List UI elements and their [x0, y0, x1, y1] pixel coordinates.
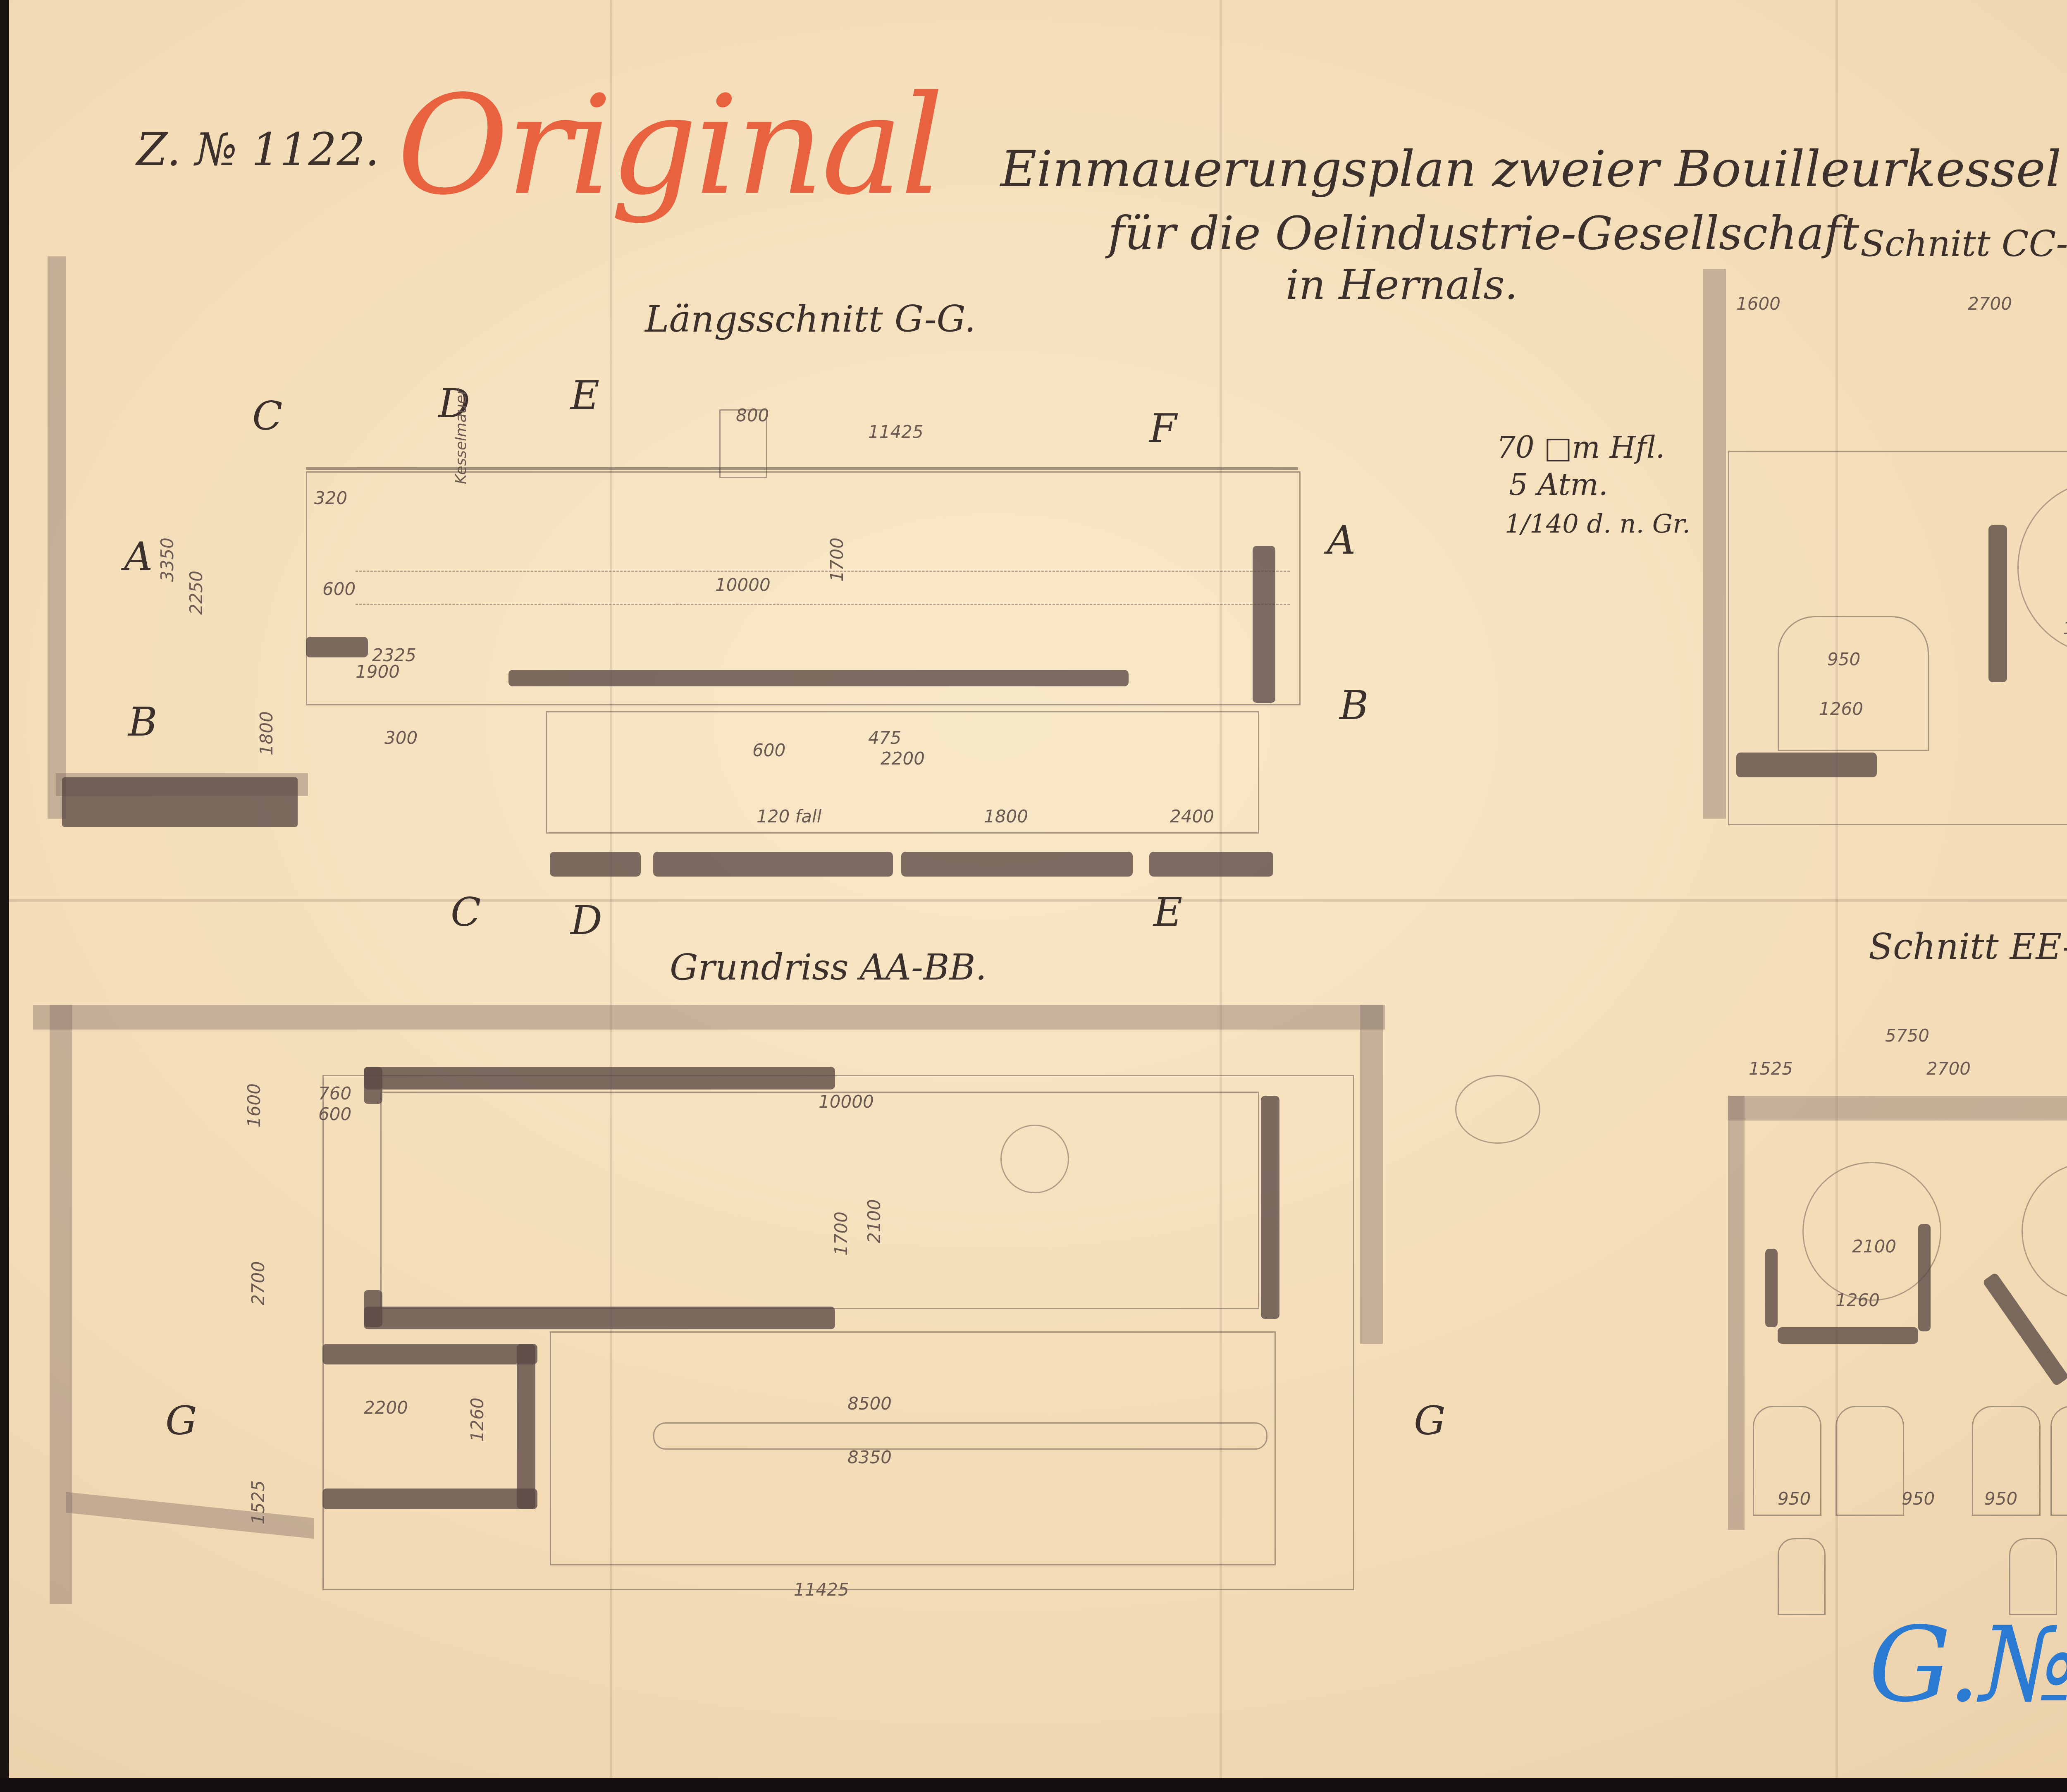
section-mark-g-right: G	[1414, 1398, 1446, 1444]
note-vertical: Kesselmauer	[453, 389, 470, 484]
flue-foundation	[1149, 852, 1273, 877]
dim-label: 10000	[715, 575, 771, 595]
dim-label: 8350	[847, 1447, 892, 1467]
dim-label: 950	[1778, 1489, 1811, 1509]
ash-pit-door	[2009, 1538, 2057, 1615]
foundation-masonry	[62, 777, 298, 827]
boiler-axis-dash	[356, 604, 1290, 605]
section-mark-f: F	[1149, 405, 1177, 452]
drawing-sheet: Z. № 1122. Original Einmauerungsplan zwe…	[0, 0, 2067, 1792]
section-mark-g-left: G	[165, 1398, 197, 1444]
flue-foundation	[901, 852, 1133, 877]
fire-door-front	[1778, 616, 1929, 751]
dim-label: 950	[1902, 1489, 1935, 1509]
spec-heating-surface: 70 □m Hfl.	[1497, 430, 1665, 465]
dim-label: 600	[752, 740, 785, 760]
dim-label: 11425	[868, 422, 924, 442]
dim-label: 11425	[794, 1579, 849, 1600]
dim-label: 2700	[1926, 1058, 1971, 1079]
spec-pressure: 5 Atm.	[1509, 467, 1608, 502]
section-mark-b: B	[128, 699, 158, 745]
dim-label: 600	[322, 579, 356, 599]
title-line-3: in Hernals.	[1286, 260, 1518, 309]
boiler-plan-outline	[380, 1092, 1259, 1309]
manhole-circle	[1000, 1125, 1069, 1193]
dim-label: 2200	[881, 748, 925, 769]
fire-door	[1835, 1406, 1904, 1516]
boiler-wall-end	[364, 1067, 382, 1104]
dim-label: 1525	[248, 1480, 268, 1524]
section-mark-c: C	[252, 393, 282, 439]
section-mark-d-bottom: D	[570, 897, 602, 944]
dim-label: 300	[384, 728, 418, 748]
rear-wall-masonry	[1253, 546, 1275, 703]
dim-label: 760	[318, 1083, 351, 1104]
dim-label: 8500	[847, 1393, 892, 1414]
dim-label: 5750	[1885, 1025, 1929, 1046]
dim-label: 320	[314, 488, 347, 508]
original-mark: Original	[397, 66, 941, 225]
flue-masonry	[1778, 1327, 1918, 1344]
plan-top-wall	[33, 1005, 1385, 1030]
dim-label: 1700	[831, 1211, 851, 1256]
dim-label: 1260	[1819, 699, 1863, 719]
dim-label: 950	[1984, 1489, 2017, 1509]
side-flue-masonry	[1988, 525, 2007, 682]
dim-label: 1260	[467, 1398, 487, 1442]
section-mark-a: A	[124, 533, 153, 580]
dim-label: 950	[1827, 649, 1860, 669]
dim-label: 2100	[1852, 1236, 1896, 1257]
front-grate-masonry	[306, 637, 368, 657]
fire-grate-masonry	[508, 670, 1129, 686]
boiler-wall-end	[364, 1290, 382, 1327]
dim-label: 1525	[1749, 1058, 1793, 1079]
dim-label: 3350	[157, 538, 177, 582]
view-title-section-ef: Schnitt EE-FF.	[1869, 926, 2067, 968]
dim-label: 120 fall	[757, 806, 821, 827]
dim-label: 2400	[1170, 806, 1214, 827]
dim-label: 1260	[2063, 618, 2067, 638]
section-mark-c-bottom: C	[451, 889, 481, 935]
dim-label: 1800	[984, 806, 1028, 827]
fire-door	[2050, 1406, 2067, 1516]
flue-foundation	[550, 852, 641, 877]
left-wall	[48, 256, 66, 819]
dim-label: 1800	[256, 711, 277, 755]
view-title-longitudinal: Längsschnitt G-G.	[645, 298, 976, 340]
section-mark-b-right: B	[1339, 682, 1369, 729]
title-line-1: Einmauerungsplan zweier Bouilleurkessel	[1000, 141, 2061, 198]
dim-label: 800	[736, 405, 769, 425]
dim-label: 2250	[186, 571, 206, 615]
view-title-plan: Grundriss AA-BB.	[670, 947, 987, 988]
scan-edge	[0, 0, 9, 1792]
flue-foundation	[653, 852, 893, 877]
flue-masonry	[1918, 1224, 1931, 1331]
boiler-wall-bottom	[364, 1307, 835, 1329]
dim-label: 2200	[364, 1398, 408, 1418]
dim-label: 475	[868, 728, 901, 748]
paper-fold-vertical	[1835, 0, 1838, 1792]
firebox-wall	[322, 1489, 537, 1509]
dim-label: 10000	[819, 1092, 874, 1112]
plan-bottom-wall	[66, 1492, 314, 1539]
firebox-wall	[517, 1344, 535, 1509]
register-number: Z. № 1122.	[136, 124, 380, 176]
paper-fold-horizontal	[0, 899, 2067, 902]
dim-label: 2700	[248, 1261, 268, 1305]
rear-wall-plan	[1261, 1096, 1279, 1319]
chimney-circle	[1455, 1075, 1540, 1144]
view-title-section-cd: Schnitt CC-DD.	[1860, 223, 2067, 265]
section-mark-e-bottom: E	[1153, 889, 1182, 935]
flue-divider	[653, 1422, 1267, 1450]
boiler-axis-dash	[356, 571, 1290, 572]
plan-left-wall	[50, 1005, 72, 1604]
ash-pit-door	[1778, 1538, 1826, 1615]
title-line-2: für die Oelindustrie-Gesellschaft	[1108, 207, 1859, 260]
firebox-wall	[322, 1344, 537, 1364]
dim-label: 2700	[1968, 294, 2012, 314]
dim-label: 2100	[864, 1199, 884, 1243]
dim-label: 1900	[356, 662, 400, 682]
dim-label: 1260	[1835, 1290, 1880, 1310]
flue-channel	[546, 711, 1259, 834]
top-wall	[1728, 1096, 2067, 1121]
section-mark-a-right: A	[1327, 517, 1356, 563]
flue-masonry	[1765, 1249, 1778, 1327]
blue-file-number: G.№ 3431	[1869, 1604, 2067, 1725]
left-wall	[1728, 1096, 1745, 1530]
boiler-wall-top	[364, 1067, 835, 1090]
section-mark-e: E	[570, 372, 599, 418]
dim-label: 600	[318, 1104, 351, 1124]
boiler-circle-right	[2022, 1162, 2067, 1301]
dim-label: 1700	[827, 538, 847, 582]
left-wall	[1703, 269, 1726, 819]
scan-edge	[0, 1778, 2067, 1792]
spec-scale: 1/140 d. n. Gr.	[1505, 509, 1690, 539]
plan-right-wall	[1360, 1005, 1383, 1344]
dim-label: 1600	[244, 1083, 264, 1128]
dim-label: 1600	[1736, 294, 1781, 314]
